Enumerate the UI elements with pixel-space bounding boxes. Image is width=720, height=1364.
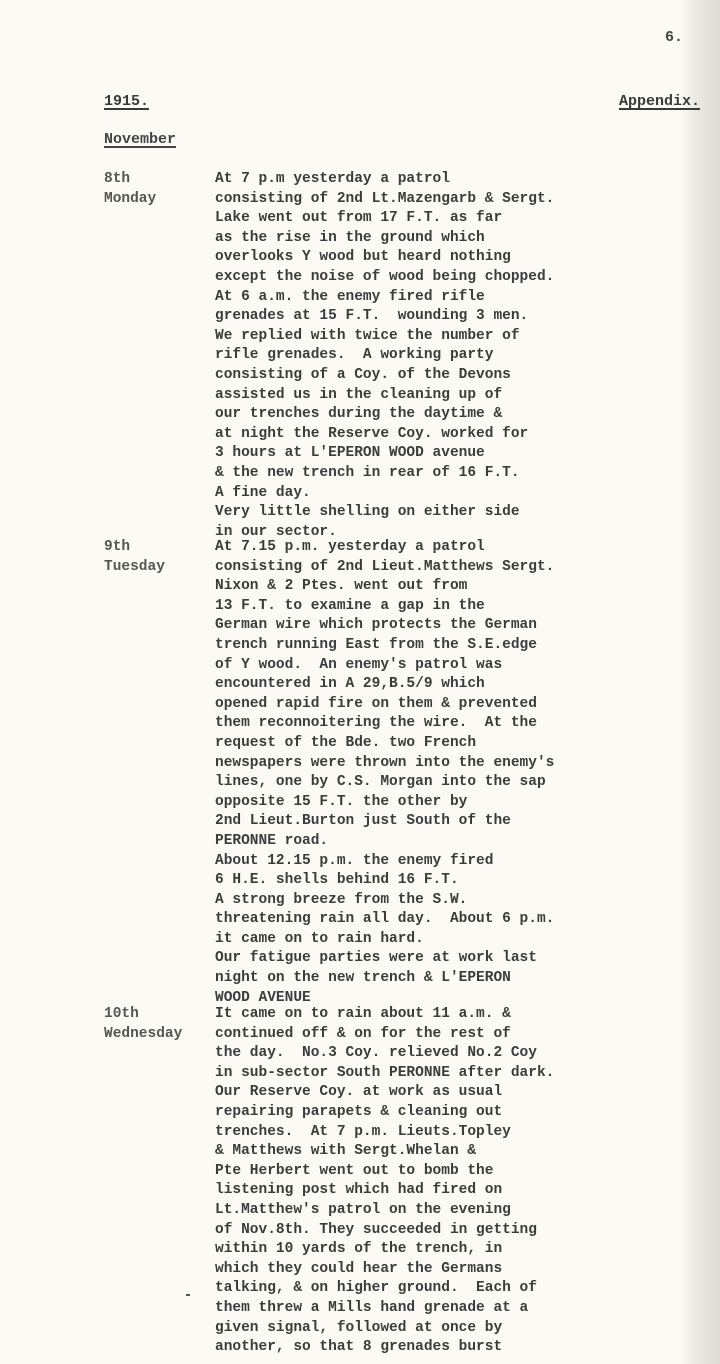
- entry-line: Our Reserve Coy. at work as usual: [215, 1083, 554, 1103]
- entry-line: them reconnoitering the wire. At the: [215, 714, 554, 734]
- entry-line: which they could hear the Germans: [215, 1260, 554, 1280]
- entry-line: 13 F.T. to examine a gap in the: [215, 597, 554, 617]
- page-shadow-edge: [680, 0, 720, 1364]
- entry-weekday: Monday: [104, 190, 214, 210]
- entry-line: German wire which protects the German: [215, 616, 554, 636]
- entry-line: It came on to rain about 11 a.m. &: [215, 1005, 554, 1025]
- entry-line: Pte Herbert went out to bomb the: [215, 1162, 554, 1182]
- entry-line: grenades at 15 F.T. wounding 3 men.: [215, 307, 554, 327]
- ink-mark: [186, 1294, 190, 1296]
- entry-line: trench running East from the S.E.edge: [215, 636, 554, 656]
- entry-line: Lt.Matthew's patrol on the evening: [215, 1201, 554, 1221]
- entry-line: of Y wood. An enemy's patrol was: [215, 656, 554, 676]
- entry-line: talking, & on higher ground. Each of: [215, 1279, 554, 1299]
- entry-line: as the rise in the ground which: [215, 229, 554, 249]
- entry-line: another, so that 8 grenades burst: [215, 1338, 554, 1358]
- entry-day: 9th: [104, 538, 214, 558]
- entry-line: PERONNE road.: [215, 832, 554, 852]
- entry-line: listening post which had fired on: [215, 1181, 554, 1201]
- entry-line: lines, one by C.S. Morgan into the sap: [215, 773, 554, 793]
- entry-line: At 7.15 p.m. yesterday a patrol: [215, 538, 554, 558]
- entry-line: given signal, followed at once by: [215, 1319, 554, 1339]
- entry-line: At 7 p.m yesterday a patrol: [215, 170, 554, 190]
- entry-text: At 7.15 p.m. yesterday a patrol consisti…: [215, 538, 554, 1008]
- entry-line: consisting of a Coy. of the Devons: [215, 366, 554, 386]
- entry-line: opened rapid fire on them & prevented: [215, 695, 554, 715]
- entry-line: opposite 15 F.T. the other by: [215, 793, 554, 813]
- entry-line: threatening rain all day. About 6 p.m.: [215, 910, 554, 930]
- entry-line: 2nd Lieut.Burton just South of the: [215, 812, 554, 832]
- entry-line: 6 H.E. shells behind 16 F.T.: [215, 871, 554, 891]
- entry-weekday: Tuesday: [104, 558, 214, 578]
- entry-date: 9th Tuesday: [104, 538, 214, 577]
- entry-text: At 7 p.m yesterday a patrol consisting o…: [215, 170, 554, 542]
- entry-line: Our fatigue parties were at work last: [215, 949, 554, 969]
- entry-day: 8th: [104, 170, 214, 190]
- entry-line: them threw a Mills hand grenade at a: [215, 1299, 554, 1319]
- entry-day: 10th: [104, 1005, 214, 1025]
- entry-line: night on the new trench & L'EPERON: [215, 969, 554, 989]
- entry-line: repairing parapets & cleaning out: [215, 1103, 554, 1123]
- entry-date: 8th Monday: [104, 170, 214, 209]
- entry-line: 3 hours at L'EPERON WOOD avenue: [215, 444, 554, 464]
- entry-line: except the noise of wood being chopped.: [215, 268, 554, 288]
- entry-line: our trenches during the daytime &: [215, 405, 554, 425]
- entry-weekday: Wednesday: [104, 1025, 214, 1045]
- entry-line: rifle grenades. A working party: [215, 346, 554, 366]
- page-number: 6.: [665, 29, 683, 46]
- entry-line: At 6 a.m. the enemy fired rifle: [215, 288, 554, 308]
- entry-line: consisting of 2nd Lt.Mazengarb & Sergt.: [215, 190, 554, 210]
- entry-line: trenches. At 7 p.m. Lieuts.Topley: [215, 1123, 554, 1143]
- entry-line: the day. No.3 Coy. relieved No.2 Coy: [215, 1044, 554, 1064]
- entry-line: consisting of 2nd Lieut.Matthews Sergt.: [215, 558, 554, 578]
- entry-line: assisted us in the cleaning up of: [215, 386, 554, 406]
- entry-date: 10th Wednesday: [104, 1005, 214, 1044]
- entry-line: Lake went out from 17 F.T. as far: [215, 209, 554, 229]
- entry-line: A strong breeze from the S.W.: [215, 891, 554, 911]
- entry-line: request of the Bde. two French: [215, 734, 554, 754]
- entry-line: We replied with twice the number of: [215, 327, 554, 347]
- entry-line: continued off & on for the rest of: [215, 1025, 554, 1045]
- entry-line: Very little shelling on either side: [215, 503, 554, 523]
- entry-line: A fine day.: [215, 484, 554, 504]
- entry-line: encountered in A 29,B.5/9 which: [215, 675, 554, 695]
- entry-line: & the new trench in rear of 16 F.T.: [215, 464, 554, 484]
- entry-line: it came on to rain hard.: [215, 930, 554, 950]
- entry-text: It came on to rain about 11 a.m. & conti…: [215, 1005, 554, 1358]
- entry-line: in sub-sector South PERONNE after dark.: [215, 1064, 554, 1084]
- year-heading: 1915.: [104, 93, 149, 110]
- month-heading: November: [104, 131, 176, 148]
- entry-line: newspapers were thrown into the enemy's: [215, 754, 554, 774]
- entry-line: within 10 yards of the trench, in: [215, 1240, 554, 1260]
- entry-line: overlooks Y wood but heard nothing: [215, 248, 554, 268]
- entry-line: & Matthews with Sergt.Whelan &: [215, 1142, 554, 1162]
- appendix-label: Appendix.: [619, 93, 700, 110]
- entry-line: at night the Reserve Coy. worked for: [215, 425, 554, 445]
- entry-line: Nixon & 2 Ptes. went out from: [215, 577, 554, 597]
- entry-line: of Nov.8th. They succeeded in getting: [215, 1221, 554, 1241]
- entry-line: About 12.15 p.m. the enemy fired: [215, 852, 554, 872]
